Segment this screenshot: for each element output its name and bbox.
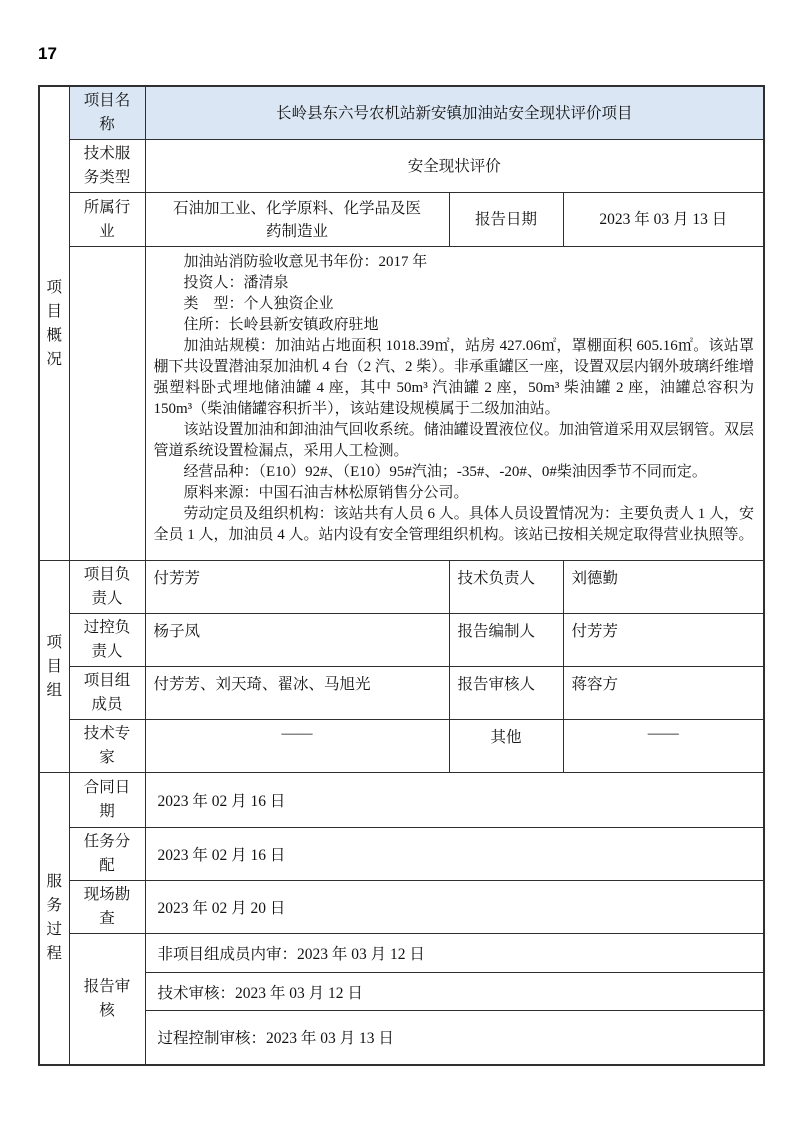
overview-paragraph: 投资人：潘清泉 — [154, 273, 755, 294]
cell-process-control-leader-label: 过控负责人 — [69, 614, 145, 667]
overview-paragraph: 经营品种：（E10）92#、（E10）95#汽油；-35#、-20#、0#柴油因… — [154, 462, 755, 483]
cell-team-members-value: 付芳芳、刘天琦、翟冰、马旭光 — [145, 667, 449, 720]
cell-overview-label-empty — [69, 247, 145, 561]
cell-report-reviewer-value: 蒋容方 — [563, 667, 764, 720]
cell-report-date-label: 报告日期 — [449, 193, 563, 247]
overview-paragraph: 住所：长岭县新安镇政府驻地 — [154, 315, 755, 336]
overview-paragraph: 该站设置加油和卸油油气回收系统。储油罐设置液位仪。加油管道采用双层钢管。双层管道… — [154, 420, 755, 462]
cell-team-members-label: 项目组成员 — [69, 667, 145, 720]
cell-service-type-value: 安全现状评价 — [145, 140, 764, 193]
cell-tech-leader-value: 刘德勤 — [563, 561, 764, 614]
document-page: 17 项目概况 项目名称 长岭县东六号农机站新安镇加油站安全现状评价项目 技术服… — [0, 0, 803, 1135]
overview-paragraph: 加油站规模：加油站占地面积 1018.39㎡，站房 427.06㎡，罩棚面积 6… — [154, 336, 755, 420]
cell-other-value: —— — [563, 720, 764, 773]
cell-tech-leader-label: 技术负责人 — [449, 561, 563, 614]
cell-report-date-value: 2023 年 03 月 13 日 — [563, 193, 764, 247]
review-item-technical: 技术审核：2023 年 03 月 12 日 — [145, 973, 764, 1011]
group-label-project-overview: 项目概况 — [39, 86, 69, 561]
cell-other-label: 其他 — [449, 720, 563, 773]
cell-project-name-value: 长岭县东六号农机站新安镇加油站安全现状评价项目 — [145, 86, 764, 140]
overview-paragraph: 加油站消防验收意见书年份：2017 年 — [154, 252, 755, 273]
overview-paragraph: 劳动定员及组织机构：该站共有人员 6 人。具体人员设置情况为：主要负责人 1 人… — [154, 504, 755, 546]
cell-overview-content: 加油站消防验收意见书年份：2017 年 投资人：潘清泉 类 型：个人独资企业 住… — [145, 247, 764, 561]
cell-industry-value: 石油加工业、化学原料、化学品及医药制造业 — [145, 193, 449, 247]
review-item-internal: 非项目组成员内审：2023 年 03 月 12 日 — [145, 934, 764, 973]
overview-paragraph: 原料来源：中国石油吉林松原销售分公司。 — [154, 483, 755, 504]
cell-service-type-label: 技术服务类型 — [69, 140, 145, 193]
cell-contract-date-label: 合同日期 — [69, 773, 145, 828]
cell-tech-expert-value: —— — [145, 720, 449, 773]
cell-task-assignment-label: 任务分配 — [69, 828, 145, 881]
cell-project-leader-label: 项目负责人 — [69, 561, 145, 614]
project-info-table: 项目概况 项目名称 长岭县东六号农机站新安镇加油站安全现状评价项目 技术服务类型… — [38, 85, 765, 1066]
cell-site-survey-value: 2023 年 02 月 20 日 — [145, 881, 764, 934]
group-label-service-process: 服务过程 — [39, 773, 69, 1065]
cell-contract-date-value: 2023 年 02 月 16 日 — [145, 773, 764, 828]
cell-report-compiler-label: 报告编制人 — [449, 614, 563, 667]
cell-report-review-label: 报告审核 — [69, 934, 145, 1065]
cell-process-control-leader-value: 杨子凤 — [145, 614, 449, 667]
cell-project-leader-value: 付芳芳 — [145, 561, 449, 614]
cell-site-survey-label: 现场勘查 — [69, 881, 145, 934]
cell-report-compiler-value: 付芳芳 — [563, 614, 764, 667]
page-number: 17 — [38, 44, 57, 64]
cell-task-assignment-value: 2023 年 02 月 16 日 — [145, 828, 764, 881]
review-item-process-control: 过程控制审核：2023 年 03 月 13 日 — [145, 1011, 764, 1065]
cell-tech-expert-label: 技术专家 — [69, 720, 145, 773]
overview-paragraph: 类 型：个人独资企业 — [154, 294, 755, 315]
cell-project-name-label: 项目名称 — [69, 86, 145, 140]
group-label-project-team: 项目组 — [39, 561, 69, 773]
cell-report-reviewer-label: 报告审核人 — [449, 667, 563, 720]
cell-industry-label: 所属行业 — [69, 193, 145, 247]
